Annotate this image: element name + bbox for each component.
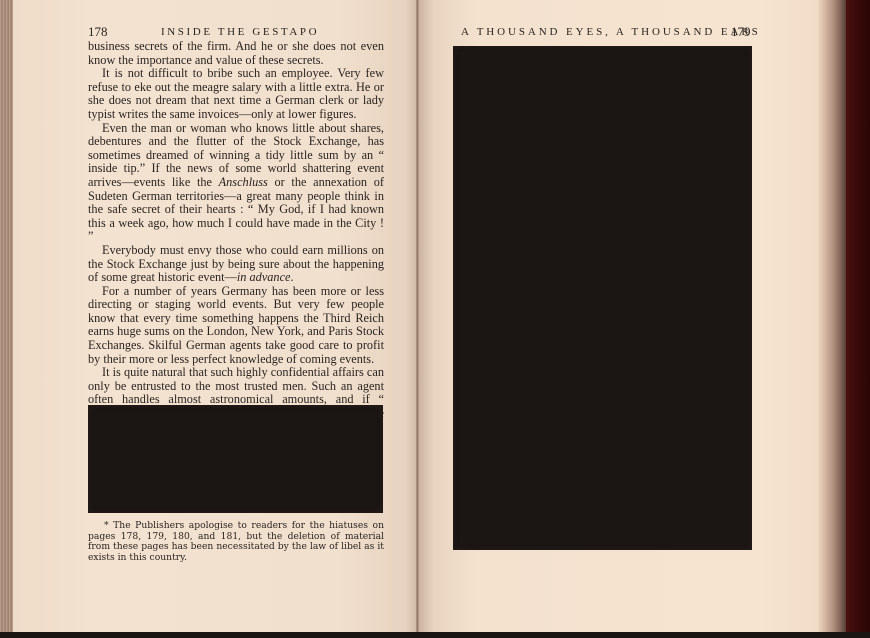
left-page-body: business secrets of the firm. And he or …: [88, 40, 384, 434]
right-page-edges: [818, 0, 848, 632]
right-running-head: A THOUSAND EYES, A THOUSAND EARS: [461, 26, 761, 38]
footnote-text: * The Publishers apologise to readers fo…: [88, 521, 384, 563]
book-gutter: [416, 0, 419, 632]
right-page-number: 179: [731, 24, 751, 40]
paragraph: Even the man or woman who knows little a…: [88, 122, 384, 244]
paragraph: For a number of years Germany has been m…: [88, 285, 384, 367]
footnote: * The Publishers apologise to readers fo…: [88, 521, 384, 563]
paragraph: business secrets of the firm. And he or …: [88, 40, 384, 67]
italic-term: in advance: [237, 270, 291, 284]
left-running-head: INSIDE THE GESTAPO: [161, 26, 319, 38]
paragraph: Everybody must envy those who could earn…: [88, 244, 384, 285]
left-page-number: 178: [88, 24, 108, 40]
book-spread: 178 INSIDE THE GESTAPO business secrets …: [0, 0, 870, 632]
right-redaction-block: [453, 46, 752, 550]
left-page-edges: [0, 0, 13, 632]
left-redaction-block: [88, 405, 383, 513]
paragraph: It is not difficult to bribe such an emp…: [88, 67, 384, 121]
bottom-shadow: [0, 632, 870, 638]
italic-term: Anschluss: [219, 175, 268, 189]
paragraph-text: .: [291, 270, 294, 284]
book-cover-edge: [846, 0, 870, 632]
